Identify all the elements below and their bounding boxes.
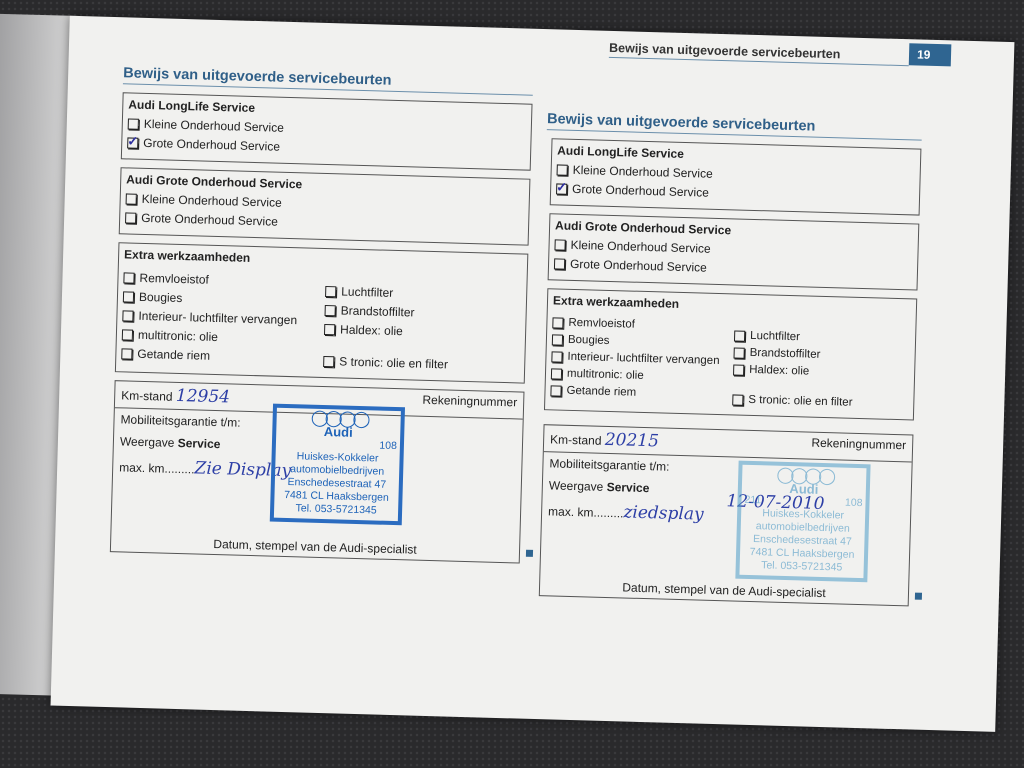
km-value[interactable]: 20215	[605, 430, 660, 452]
extra-box: Extra werkzaamheden Remvloeistof Bougies…	[544, 288, 917, 420]
checkbox[interactable]	[324, 324, 335, 335]
option-label: Brandstoffilter	[749, 347, 820, 361]
dealer-stamp: ◯◯◯◯ Audi 211108 Huiskes-Kokkeler automo…	[735, 461, 870, 583]
option-label: Grote Onderhoud Service	[143, 136, 280, 154]
dealer-stamp: ◯◯◯◯ Audi 108 Huiskes-Kokkeler automobie…	[270, 404, 405, 526]
checkbox[interactable]	[554, 258, 565, 269]
stamp-num: 108	[845, 497, 863, 510]
record-box: Km-stand 20215Rekeningnummer Mobiliteits…	[539, 424, 914, 606]
option-label: Grote Onderhoud Service	[141, 211, 278, 229]
extra-box: Extra werkzaamheden Remvloeistof Bougies…	[115, 242, 528, 383]
checkbox[interactable]	[734, 330, 745, 341]
checkbox[interactable]	[552, 317, 563, 328]
option-label: S tronic: olie en filter	[339, 354, 448, 371]
option-label: multitronic: olie	[138, 328, 218, 344]
option-label: Haldex: olie	[749, 364, 809, 378]
service-record-right: Bewijs van uitgevoerde servicebeurten Au…	[534, 111, 922, 606]
record-box: Km-stand 12954Rekeningnummer Mobiliteits…	[110, 380, 525, 563]
account-label: Rekeningnummer	[422, 393, 517, 416]
checkbox[interactable]	[126, 193, 137, 204]
page-number: 19	[909, 43, 952, 66]
option-label: Kleine Onderhoud Service	[573, 163, 713, 181]
option-label: Bougies	[139, 290, 183, 305]
checkbox[interactable]	[123, 272, 134, 283]
service-booklet: Bewijs van uitgevoerde servicebeurten 19…	[0, 14, 1014, 732]
checkbox-checked[interactable]	[127, 137, 138, 148]
longlife-box: Audi LongLife Service Kleine Onderhoud S…	[121, 92, 533, 170]
maxkm-value[interactable]: ziedsplay	[623, 502, 704, 524]
option-label: S tronic: olie en filter	[748, 394, 852, 409]
checkbox[interactable]	[733, 364, 744, 375]
option-label: Interieur- luchtfilter vervangen	[138, 309, 297, 327]
option-label: Remvloeistof	[568, 317, 635, 331]
end-marker	[915, 593, 922, 600]
checkbox[interactable]	[734, 347, 745, 358]
checkbox[interactable]	[554, 239, 565, 250]
option-label: Grote Onderhoud Service	[572, 182, 709, 200]
checkbox[interactable]	[551, 351, 562, 362]
stamp-num: 108	[379, 440, 397, 453]
stamp-num: 211	[744, 494, 761, 507]
checkbox[interactable]	[552, 334, 563, 345]
option-label: Grote Onderhoud Service	[570, 257, 707, 275]
display-bold: Service	[178, 436, 221, 451]
account-label: Rekeningnummer	[811, 436, 906, 459]
grote-box: Audi Grote Onderhoud Service Kleine Onde…	[548, 213, 920, 290]
checkbox[interactable]	[122, 329, 133, 340]
option-label: Kleine Onderhoud Service	[570, 238, 710, 256]
grote-box: Audi Grote Onderhoud Service Kleine Onde…	[119, 167, 531, 245]
option-label: Haldex: olie	[340, 322, 403, 338]
checkbox[interactable]	[732, 394, 743, 405]
maxkm-label: max. km.........	[119, 460, 195, 476]
display-label: Weergave	[549, 478, 604, 494]
option-label: Getande riem	[566, 385, 636, 399]
checkbox-checked[interactable]	[556, 183, 567, 194]
end-marker	[526, 550, 533, 557]
option-label: Kleine Onderhoud Service	[142, 192, 282, 210]
km-value[interactable]: 12954	[176, 386, 231, 408]
option-label: Remvloeistof	[139, 271, 209, 287]
checkbox[interactable]	[551, 368, 562, 379]
option-label: Luchtfilter	[341, 284, 393, 299]
checkbox[interactable]	[121, 348, 132, 359]
display-bold: Service	[606, 480, 649, 495]
checkbox[interactable]	[125, 212, 136, 223]
maxkm-label: max. km.........	[548, 504, 624, 520]
longlife-box: Audi LongLife Service Kleine Onderhoud S…	[550, 138, 922, 215]
checkbox[interactable]	[550, 385, 561, 396]
option-label: multitronic: olie	[567, 368, 644, 382]
checkbox[interactable]	[325, 305, 336, 316]
checkbox[interactable]	[123, 291, 134, 302]
km-label: Km-stand	[121, 388, 173, 403]
checkbox[interactable]	[122, 310, 133, 321]
km-label: Km-stand	[550, 432, 602, 447]
option-label: Getande riem	[137, 347, 210, 363]
checkbox[interactable]	[557, 164, 568, 175]
checkbox[interactable]	[128, 118, 139, 129]
option-label: Kleine Onderhoud Service	[144, 117, 284, 135]
option-label: Luchtfilter	[750, 330, 800, 343]
checkbox[interactable]	[323, 355, 334, 366]
checkbox[interactable]	[325, 286, 336, 297]
option-label: Brandstoffilter	[340, 303, 414, 319]
display-label: Weergave	[120, 434, 175, 450]
option-label: Interieur- luchtfilter vervangen	[567, 351, 719, 367]
service-record-left: Bewijs van uitgevoerde servicebeurten Au…	[110, 65, 533, 563]
option-label: Bougies	[568, 334, 610, 347]
